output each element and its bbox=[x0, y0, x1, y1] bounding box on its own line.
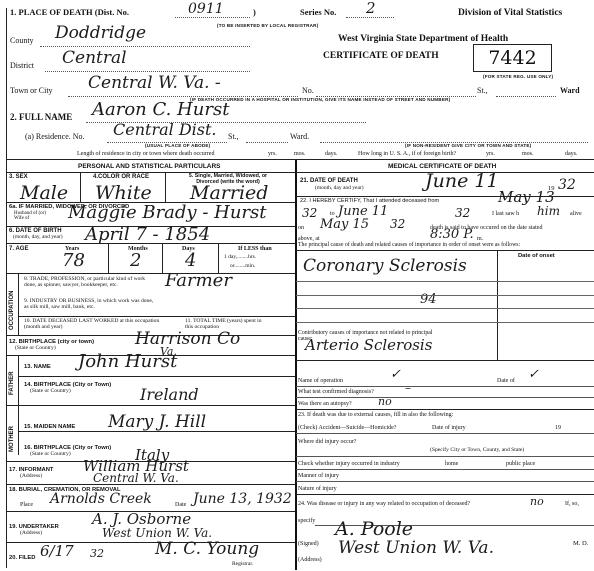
father-birthplace-sublabel: (State or Country) bbox=[30, 389, 71, 395]
manner-label: Manner of injury bbox=[298, 473, 339, 479]
physician-signature: A. Poole bbox=[335, 520, 413, 539]
specify-label: specify bbox=[298, 518, 315, 524]
age-divider-3 bbox=[218, 243, 219, 273]
filed-date: 6/17 bbox=[40, 544, 74, 559]
father-line bbox=[6, 405, 295, 406]
autopsy-label: Was there an autopsy? bbox=[298, 401, 352, 407]
length-yrs: yrs. bbox=[268, 151, 277, 157]
town-st-label: St., bbox=[477, 87, 488, 95]
race-label: 4.COLOR OR RACE bbox=[93, 174, 149, 180]
residence-label: (a) Residence. No. bbox=[25, 133, 85, 141]
marital-value: Married bbox=[190, 184, 268, 203]
spouse-sublabel: Husband of (or) Wife of bbox=[14, 211, 48, 222]
medical-section-title: MEDICAL CERTIFICATE OF DEATH bbox=[388, 163, 496, 170]
maiden-line bbox=[18, 431, 295, 432]
informant-sublabel: (Address) bbox=[20, 474, 42, 480]
where-label: Where did injury occur? bbox=[298, 439, 356, 445]
maiden-name-label: 15. MAIDEN NAME bbox=[24, 424, 75, 430]
length-days: days. bbox=[325, 151, 338, 157]
town-no-label: No. bbox=[302, 87, 314, 95]
age-days-value: 4 bbox=[185, 252, 196, 270]
division-label: Division of Vital Statistics bbox=[458, 9, 562, 19]
race-value: White bbox=[95, 184, 152, 203]
father-side-divider bbox=[18, 355, 19, 405]
dist-close-paren: ) bbox=[253, 8, 256, 17]
trade-label: 8. TRADE, PROFESSION, or particular kind… bbox=[24, 276, 154, 288]
manner-line bbox=[296, 481, 594, 482]
county-label: County bbox=[10, 37, 34, 45]
birthplace-sublabel: (State or Country) bbox=[15, 346, 56, 352]
cause-value: Coronary Sclerosis bbox=[303, 258, 467, 275]
last-saw-year: 32 bbox=[390, 218, 405, 230]
attended-to-year: 32 bbox=[455, 207, 470, 219]
dob-line bbox=[6, 243, 295, 244]
cause-header-line bbox=[296, 250, 594, 251]
test-line bbox=[296, 397, 594, 398]
age-line bbox=[6, 273, 295, 274]
occupation-side-divider bbox=[18, 273, 19, 335]
age-less-label: If LESS than bbox=[238, 246, 272, 252]
cause-line-1 bbox=[296, 281, 594, 282]
test-value: – bbox=[405, 382, 411, 394]
dist-no: 0911 bbox=[188, 2, 224, 16]
death-time-value: 8:30 P. bbox=[430, 228, 474, 241]
test-label: What test confirmed diagnosis? bbox=[298, 389, 374, 395]
nature-label: Nature of injury bbox=[298, 486, 337, 492]
informant-address: Central W. Va. bbox=[93, 472, 179, 484]
residence-ward-line bbox=[246, 142, 288, 143]
last-saw-label: I last saw h bbox=[492, 211, 519, 217]
usa-mos: mos. bbox=[522, 151, 534, 157]
age-months-value: 2 bbox=[130, 252, 141, 270]
town-ward-label: Ward bbox=[560, 87, 580, 95]
maiden-name-value: Mary J. Hill bbox=[108, 414, 206, 431]
center-column-divider bbox=[295, 160, 297, 570]
contrib-value: Arterio Sclerosis bbox=[305, 338, 432, 353]
home-label: home bbox=[445, 461, 458, 467]
age-hrs: 1 day,........hrs. bbox=[224, 255, 256, 261]
dob-value: April 7 - 1854 bbox=[85, 226, 210, 244]
spouse-value: Maggie Brady - Hurst bbox=[68, 204, 266, 222]
external-label: 23. If death was due to external causes,… bbox=[298, 412, 453, 418]
attended-from-value: May 13 bbox=[498, 190, 555, 205]
dist-no-line bbox=[175, 17, 250, 18]
registrar-label: Registrar. bbox=[232, 562, 253, 568]
injury-year-prefix: 19 bbox=[555, 425, 561, 431]
signed-label: (Signed) bbox=[298, 541, 319, 547]
death-year-value: 32 bbox=[558, 178, 576, 192]
operation-line bbox=[296, 386, 594, 387]
nature-line bbox=[296, 494, 594, 495]
check-label: (Check) Accident—Suicide—Homicide? bbox=[298, 425, 396, 431]
cause-line-3 bbox=[296, 308, 594, 309]
burial-date-value: June 13, 1932 bbox=[193, 492, 292, 506]
occupation-section-label: OCCUPATION bbox=[9, 291, 15, 330]
father-birthplace-value: Ireland bbox=[140, 387, 199, 403]
age-min: or........min. bbox=[230, 264, 255, 270]
cause-line-2 bbox=[296, 295, 594, 296]
age-label: 7. AGE bbox=[9, 246, 28, 252]
series-line bbox=[346, 17, 394, 18]
usa-days: days. bbox=[565, 151, 578, 157]
mother-side-divider bbox=[18, 405, 19, 455]
length-mos: mos. bbox=[294, 151, 306, 157]
autopsy-value: no bbox=[378, 396, 392, 407]
residence-value: Central Dist. bbox=[113, 122, 217, 138]
where-note: (Specify City or Town, County, and State… bbox=[430, 448, 524, 454]
nonresident-note: (IF NON-RESIDENT GIVE CITY OR TOWN AND S… bbox=[405, 144, 531, 149]
op-date-label: Date of bbox=[497, 378, 515, 384]
operation-label: Name of operation bbox=[298, 378, 343, 384]
town-value: Central W. Va. - bbox=[88, 75, 221, 92]
divider-residence bbox=[6, 159, 594, 160]
mother-section-label: MOTHER bbox=[9, 426, 15, 452]
residence-st-label: St., bbox=[228, 133, 239, 141]
residence-ward-label: Ward. bbox=[290, 133, 309, 141]
operation-value: ✓ bbox=[390, 368, 401, 381]
burial-date-label: Date bbox=[175, 502, 186, 508]
age-divider-1 bbox=[108, 243, 109, 273]
district-label: District bbox=[10, 62, 34, 70]
alive-label: alive bbox=[570, 211, 582, 217]
father-section-label: FATHER bbox=[9, 371, 15, 395]
state-cert-number: 7442 bbox=[473, 44, 552, 72]
date-of-death-value: June 11 bbox=[425, 172, 499, 191]
filed-year: 32 bbox=[90, 548, 104, 559]
onset-label: Date of onset bbox=[518, 253, 555, 259]
district-value: Central bbox=[62, 50, 127, 67]
town-label: Town or City bbox=[10, 87, 53, 95]
state-use-note: (FOR STATE REG. USE ONLY) bbox=[483, 75, 553, 80]
filed-label: 20. FILED bbox=[9, 555, 35, 561]
dob-sublabel: (month, day, and year) bbox=[13, 235, 63, 241]
registrar-signature: M. C. Young bbox=[155, 541, 259, 558]
town-ward-line bbox=[496, 96, 556, 97]
certificate-title: CERTIFICATE OF DEATH bbox=[323, 52, 439, 62]
sex-label: 3. SEX bbox=[9, 174, 28, 180]
dist-no-note: (TO BE INSERTED BY LOCAL REGISTRAR) bbox=[217, 24, 318, 29]
injury-date-label: Date of injury bbox=[432, 425, 466, 431]
father-name-label: 13. NAME bbox=[24, 364, 51, 370]
burial-place-label: Place bbox=[20, 502, 33, 508]
occupational-label: 24. Was disease or injury in any way rel… bbox=[298, 501, 470, 507]
mother-birthplace-sublabel: (State or Country) bbox=[30, 452, 71, 458]
industry-label: 9. INDUSTRY OR BUSINESS, in which work w… bbox=[24, 298, 154, 310]
check-line bbox=[296, 433, 594, 434]
if-so-label: If, so, bbox=[565, 501, 579, 507]
father-name-value: John Hurst bbox=[78, 353, 177, 371]
age-years-value: 78 bbox=[62, 252, 85, 270]
undertaker-name: A. J. Osborne bbox=[92, 512, 191, 527]
contrib-line bbox=[296, 360, 594, 361]
physician-address: West Union W. Va. bbox=[338, 540, 494, 557]
cause-label: The principal cause of death and related… bbox=[298, 243, 520, 249]
birthplace-city: Harrison Co bbox=[135, 331, 240, 348]
industry-check-label: Check whether injury occurred in industr… bbox=[298, 461, 400, 467]
sex-race-divider bbox=[80, 172, 81, 202]
district-line bbox=[45, 71, 250, 72]
full-name-label: 2. FULL NAME bbox=[10, 113, 72, 122]
undertaker-sublabel: (Address) bbox=[20, 531, 42, 537]
series-label: Series No. bbox=[300, 8, 336, 17]
length-residence-label: Length of residence in city or town wher… bbox=[77, 151, 214, 157]
on-label: on bbox=[298, 225, 304, 231]
sex-value: Male bbox=[20, 184, 68, 203]
race-marital-divider bbox=[165, 172, 166, 202]
attended-from-year: 32 bbox=[302, 207, 317, 219]
autopsy-line bbox=[296, 409, 594, 410]
industry-line bbox=[18, 316, 295, 317]
informant-line bbox=[6, 484, 295, 485]
op-date-value: ✓ bbox=[528, 368, 539, 381]
father-name-line bbox=[18, 376, 295, 377]
usa-label: How long in U. S. A., if of foreign birt… bbox=[358, 151, 456, 157]
usa-yrs: yrs. bbox=[486, 151, 495, 157]
age-divider-2 bbox=[162, 243, 163, 273]
full-name-value: Aaron C. Hurst bbox=[92, 101, 229, 119]
personal-section-title: PERSONAL AND STATISTICAL PARTICULARS bbox=[78, 163, 221, 170]
place-of-death-label: 1. PLACE OF DEATH (Dist. No. bbox=[10, 8, 129, 17]
md-label: M. D. bbox=[573, 541, 588, 548]
burial-place-value: Arnolds Creek bbox=[50, 492, 152, 506]
industry-check-line bbox=[296, 469, 594, 470]
where-line bbox=[296, 456, 594, 457]
public-label: public place bbox=[506, 461, 535, 467]
trade-value: Farmer bbox=[165, 272, 232, 290]
series-no: 2 bbox=[366, 1, 376, 16]
onset-divider bbox=[497, 250, 498, 360]
undertaker-address: West Union W. Va. bbox=[102, 527, 212, 539]
date-of-death-label: 21. DATE OF DEATH bbox=[300, 178, 358, 184]
county-line bbox=[40, 46, 250, 47]
occupational-answer: no bbox=[530, 496, 544, 507]
date-of-death-sublabel: (month, day and year) bbox=[315, 186, 364, 192]
county-value: Doddridge bbox=[55, 25, 146, 42]
last-saw-date: May 15 bbox=[320, 218, 369, 231]
cause-line-4 bbox=[296, 322, 594, 323]
abode-note: (USUAL PLACE OF ABODE) bbox=[145, 144, 210, 149]
last-saw-value: him bbox=[537, 205, 560, 217]
physician-address-label: (Address) bbox=[298, 557, 322, 563]
